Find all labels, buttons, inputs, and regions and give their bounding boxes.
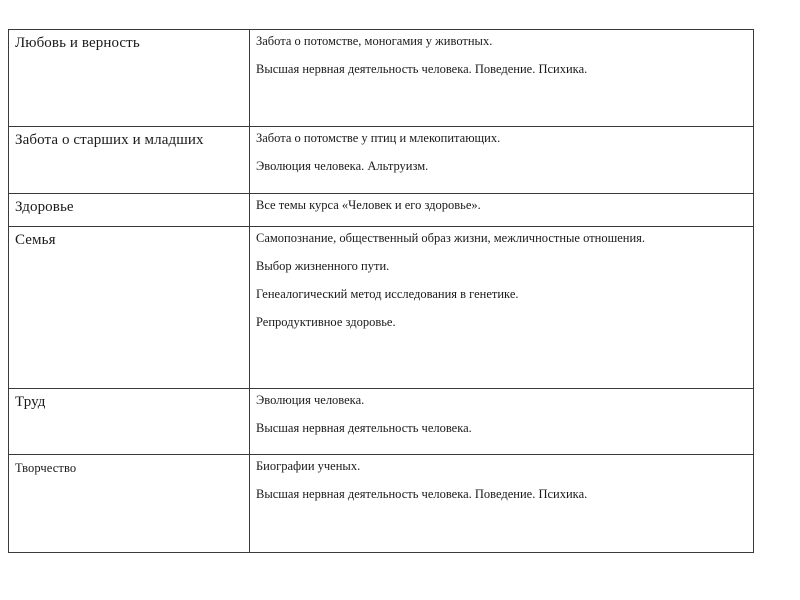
topics-cell: Забота о потомстве, моногамия у животных… bbox=[250, 30, 754, 127]
table-row: Забота о старших и младших Забота о пото… bbox=[9, 127, 754, 194]
topic-line: Эволюция человека. Альтруизм. bbox=[256, 158, 753, 174]
topic-line: Эволюция человека. bbox=[256, 392, 753, 408]
topic-line: Генеалогический метод исследования в ген… bbox=[256, 286, 753, 302]
topic-line: Забота о потомстве у птиц и млекопитающи… bbox=[256, 130, 753, 146]
topic-line: Высшая нервная деятельность человека. По… bbox=[256, 61, 753, 77]
topic-line: Все темы курса «Человек и его здоровье». bbox=[256, 197, 753, 213]
table-row: Труд Эволюция человека. Высшая нервная д… bbox=[9, 389, 754, 455]
topic-line: Высшая нервная деятельность человека. bbox=[256, 420, 753, 436]
topic-line: Забота о потомстве, моногамия у животных… bbox=[256, 33, 753, 49]
topics-cell: Биографии ученых. Высшая нервная деятель… bbox=[250, 455, 754, 553]
values-topics-table: Любовь и верность Забота о потомстве, мо… bbox=[8, 29, 754, 553]
value-cell: Творчество bbox=[9, 455, 250, 553]
value-cell: Труд bbox=[9, 389, 250, 455]
topic-line: Репродуктивное здоровье. bbox=[256, 314, 753, 330]
topic-line: Биографии ученых. bbox=[256, 458, 753, 474]
value-cell: Семья bbox=[9, 227, 250, 389]
topic-line: Высшая нервная деятельность человека. По… bbox=[256, 486, 753, 502]
table-row: Семья Самопознание, общественный образ ж… bbox=[9, 227, 754, 389]
table-row: Любовь и верность Забота о потомстве, мо… bbox=[9, 30, 754, 127]
topics-cell: Забота о потомстве у птиц и млекопитающи… bbox=[250, 127, 754, 194]
topics-cell: Все темы курса «Человек и его здоровье». bbox=[250, 194, 754, 227]
value-cell: Забота о старших и младших bbox=[9, 127, 250, 194]
table-row: Здоровье Все темы курса «Человек и его з… bbox=[9, 194, 754, 227]
value-cell: Здоровье bbox=[9, 194, 250, 227]
topic-line: Выбор жизненного пути. bbox=[256, 258, 753, 274]
table-row: Творчество Биографии ученых. Высшая нерв… bbox=[9, 455, 754, 553]
topics-cell: Эволюция человека. Высшая нервная деятел… bbox=[250, 389, 754, 455]
topics-cell: Самопознание, общественный образ жизни, … bbox=[250, 227, 754, 389]
value-cell: Любовь и верность bbox=[9, 30, 250, 127]
topic-line: Самопознание, общественный образ жизни, … bbox=[256, 230, 753, 246]
